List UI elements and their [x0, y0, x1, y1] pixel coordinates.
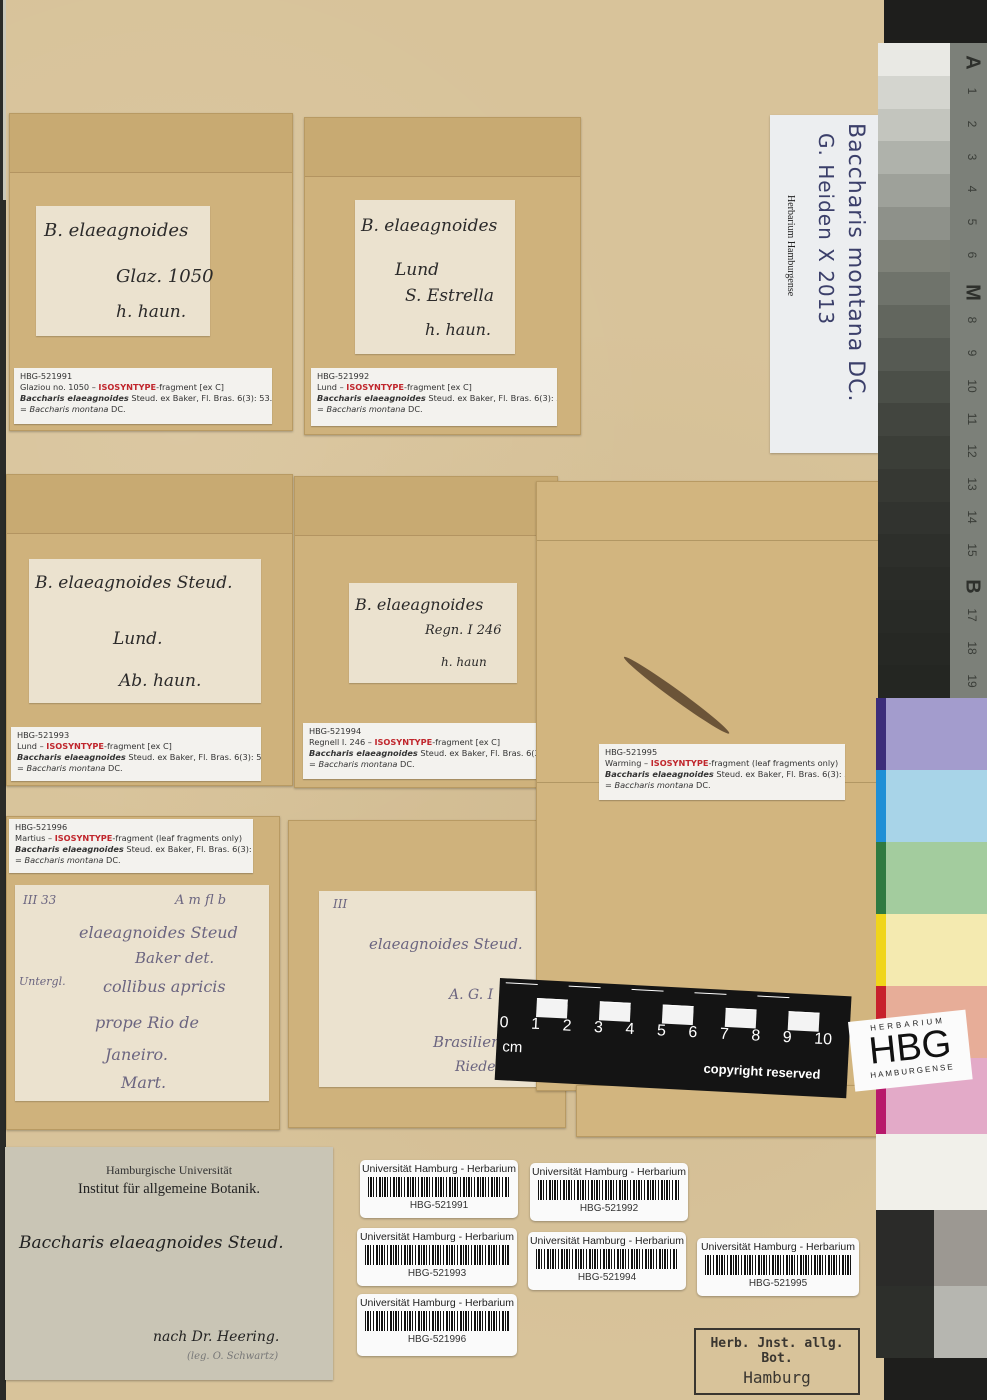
- handwritten-line: h. haun: [441, 655, 487, 669]
- barcode-label-521994[interactable]: Universität Hamburg - Herbarium HBG-5219…: [528, 1232, 686, 1290]
- handwritten-line: S. Estrella: [405, 286, 494, 306]
- stamp-line-1: Herb. Jnst. allg. Bot.: [696, 1336, 858, 1366]
- scale-unit: cm: [502, 1038, 523, 1056]
- type-status-line: Lund – ISOSYNTYPE-fragment [ex C]: [317, 382, 551, 393]
- taxon-name: Baccharis elaeagnoides: [605, 769, 714, 779]
- collector: Glaziou no. 1050 –: [20, 382, 98, 392]
- collector: Lund –: [17, 741, 46, 751]
- specimen-packet-521994[interactable]: B. elaeagnoides Regn. I 246 h. haun HBG-…: [294, 476, 558, 788]
- synonym-line: = Baccharis montana DC.: [309, 759, 535, 770]
- gray-patch: [878, 240, 950, 273]
- catalog-number: HBG-521994: [309, 726, 535, 737]
- ruler-segment: [568, 986, 600, 1007]
- institute-name: Institut für allgemeine Botanik.: [5, 1181, 333, 1198]
- ruler-segment: [631, 989, 663, 1010]
- handwritten-line: Regn. I 246: [425, 623, 502, 638]
- handwritten-line: B. elaeagnoides Steud.: [35, 573, 232, 593]
- packet-flap: [10, 114, 292, 173]
- barcode-header: Universität Hamburg - Herbarium: [697, 1241, 859, 1253]
- type-label: HBG-521992 Lund – ISOSYNTYPE-fragment [e…: [311, 368, 557, 426]
- gray-patch-label: A: [961, 51, 984, 75]
- handwritten-line: A. G. I: [449, 987, 493, 1003]
- gray-patch-label: 17: [965, 603, 979, 627]
- synonym-author: DC.: [105, 763, 122, 773]
- gray-patch: [878, 109, 950, 142]
- barcode-header: Universität Hamburg - Herbarium: [360, 1163, 518, 1175]
- type-status: ISOSYNTYPE: [346, 382, 404, 392]
- handwritten-line: elaeagnoides Steud: [79, 923, 238, 942]
- pencil-note: (leg. O. Schwartz): [187, 1351, 278, 1362]
- handwritten-line: Glaz. 1050: [116, 266, 214, 287]
- packet-fold: [537, 540, 925, 541]
- gray-patch: [878, 338, 950, 371]
- handwritten-line: Riedel: [455, 1059, 500, 1075]
- ruler-tick-label: 8: [751, 1027, 761, 1045]
- barcode-bars: [368, 1177, 510, 1197]
- barcode-bars: [365, 1245, 509, 1265]
- barcode-label-521996[interactable]: Universität Hamburg - Herbarium HBG-5219…: [357, 1294, 517, 1356]
- catalog-number: HBG-521992: [317, 371, 551, 382]
- gray-patch-label: 3: [965, 145, 979, 169]
- gray-patch: [878, 665, 950, 698]
- barcode-label-521991[interactable]: Universität Hamburg - Herbarium HBG-5219…: [360, 1160, 518, 1218]
- barcode-label-521995[interactable]: Universität Hamburg - Herbarium HBG-5219…: [697, 1238, 859, 1296]
- handwritten-line: B. elaeagnoides: [44, 220, 188, 241]
- hbg-logo: HERBARIUM HBG HAMBURGENSE: [848, 1010, 973, 1092]
- specimen-packet-521991[interactable]: B. elaeagnoides Glaz. 1050 h. haun. HBG-…: [9, 113, 293, 431]
- ruler-tick-label: 5: [656, 1022, 666, 1040]
- gray-patch-label: 9: [965, 341, 979, 365]
- gray-patch: [878, 371, 950, 404]
- name-line: Baccharis elaeagnoides Steud. ex Baker, …: [309, 748, 535, 759]
- name-line: Baccharis elaeagnoides Steud. ex Baker, …: [15, 844, 247, 855]
- packet-flap: [7, 475, 292, 534]
- color-fill: [934, 1210, 987, 1286]
- color-band: [876, 914, 886, 986]
- taxon-name: Baccharis elaeagnoides: [317, 393, 426, 403]
- gray-patch-label: 12: [965, 439, 979, 463]
- gray-patch-label: M: [961, 280, 984, 304]
- synonym-line: = Baccharis montana DC.: [15, 855, 247, 866]
- ruler-tick-label: 10: [814, 1031, 833, 1050]
- color-fill: [886, 914, 987, 986]
- handwritten-line: B. elaeagnoides: [355, 595, 483, 614]
- type-status: ISOSYNTYPE: [98, 382, 156, 392]
- specimen-packet-521992[interactable]: B. elaeagnoides Lund S. Estrella h. haun…: [304, 117, 581, 435]
- det-determiner: G. Heiden X 2013: [814, 133, 838, 325]
- ruler-tick-label: 6: [688, 1024, 698, 1042]
- color-patch-blue-violet: [876, 698, 987, 770]
- type-suffix: -fragment (leaf fragments only): [708, 758, 838, 768]
- gray-patch-label: 14: [965, 505, 979, 529]
- determination-slip: Baccharis montana DC. G. Heiden X 2013 H…: [770, 115, 878, 453]
- citation: Steud. ex Baker, Fl. Bras. 6(3): 53. 188…: [124, 844, 253, 854]
- gray-patch: [878, 633, 950, 666]
- barcode-bars: [705, 1255, 851, 1275]
- handwritten-label: B. elaeagnoides Regn. I 246 h. haun: [349, 583, 517, 683]
- gray-patch-label: 18: [965, 636, 979, 660]
- ruler-segment: [505, 982, 537, 1003]
- specimen-packet-521996[interactable]: HBG-521996 Martius – ISOSYNTYPE-fragment…: [6, 816, 280, 1130]
- gray-patch: [878, 600, 950, 633]
- catalog-number: HBG-521996: [15, 822, 247, 833]
- type-status-line: Martius – ISOSYNTYPE-fragment (leaf frag…: [15, 833, 247, 844]
- gray-patch: [878, 76, 950, 109]
- gray-patch: [878, 174, 950, 207]
- barcode-bars: [365, 1311, 509, 1331]
- gray-patch: [878, 305, 950, 338]
- color-fill: [934, 1286, 987, 1358]
- gray-patch-label: 19: [965, 669, 979, 693]
- barcode-header: Universität Hamburg - Herbarium: [357, 1231, 517, 1243]
- handwritten-line: Untergl.: [19, 975, 66, 988]
- type-suffix: -fragment [ex C]: [104, 741, 172, 751]
- institute-label: Hamburgische Universität Institut für al…: [5, 1147, 333, 1380]
- color-band: [876, 698, 886, 770]
- type-suffix: -fragment [ex C]: [156, 382, 224, 392]
- citation: Steud. ex Baker, Fl. Bras. 6(3): 53. 188…: [714, 769, 845, 779]
- color-patch-green: [876, 842, 987, 914]
- color-patch-black-gray-2: [876, 1286, 987, 1358]
- gray-patch: [878, 141, 950, 174]
- gray-patch-label: 1: [965, 79, 979, 103]
- name-line: Baccharis elaeagnoides Steud. ex Baker, …: [317, 393, 551, 404]
- institute-stamp: Herb. Jnst. allg. Bot. Hamburg: [694, 1328, 860, 1395]
- synonym-name: Baccharis montana: [326, 404, 405, 414]
- color-calibration-chart: [876, 698, 987, 1218]
- barcode-header: Universität Hamburg - Herbarium: [357, 1297, 517, 1309]
- handwritten-line: Lund: [395, 260, 439, 280]
- type-status-line: Glaziou no. 1050 – ISOSYNTYPE-fragment […: [20, 382, 266, 393]
- name-line: Baccharis elaeagnoides Steud. ex Baker, …: [17, 752, 255, 763]
- citation: Steud. ex Baker, Fl. Bras. 6(3): 53. 188: [418, 748, 541, 758]
- synonym-name: Baccharis montana: [26, 763, 105, 773]
- color-band: [876, 770, 886, 842]
- barcode-bars: [536, 1249, 678, 1269]
- color-patch-black-gray-1: [876, 1210, 987, 1286]
- handwritten-line: Lund.: [113, 629, 162, 649]
- name-line: Baccharis elaeagnoides Steud. ex Baker, …: [20, 393, 266, 404]
- catalog-number: HBG-521991: [20, 371, 266, 382]
- barcode-number: HBG-521994: [528, 1272, 686, 1283]
- color-fill: [886, 1134, 987, 1210]
- synonym-name: Baccharis montana: [29, 404, 108, 414]
- color-band: [876, 1134, 886, 1210]
- color-fill: [886, 698, 987, 770]
- stamp-line-2: Hamburg: [696, 1368, 858, 1387]
- type-status-line: Warming – ISOSYNTYPE-fragment (leaf frag…: [605, 758, 839, 769]
- synonym-line: = Baccharis montana DC.: [17, 763, 255, 774]
- ruler-tick-label: 2: [562, 1017, 572, 1035]
- handwritten-line: elaeagnoides Steud.: [369, 935, 523, 953]
- barcode-header: Universität Hamburg - Herbarium: [530, 1166, 688, 1178]
- color-band: [876, 1210, 934, 1286]
- color-fill: [886, 770, 987, 842]
- ruler-tick-label: 0: [499, 1014, 509, 1032]
- synonym-author: DC.: [397, 759, 414, 769]
- barcode-number: HBG-521992: [530, 1203, 688, 1214]
- gray-patch-label: B: [961, 575, 984, 599]
- collector: Lund –: [317, 382, 346, 392]
- barcode-number: HBG-521993: [357, 1268, 517, 1279]
- specimen-packet-riedel[interactable]: III elaeagnoides Steud. A. G. I Brasilie…: [288, 820, 566, 1128]
- packet-flap: [295, 477, 557, 536]
- ruler-tick-label: 9: [782, 1029, 792, 1047]
- type-suffix: -fragment [ex C]: [432, 737, 500, 747]
- synonym-author: DC.: [108, 404, 125, 414]
- type-label: HBG-521994 Regnell I. 246 – ISOSYNTYPE-f…: [303, 723, 541, 779]
- catalog-number: HBG-521993: [17, 730, 255, 741]
- ruler-tick-label: 1: [531, 1016, 541, 1034]
- gray-patch: [878, 502, 950, 535]
- citation: Steud. ex Baker, Fl. Bras. 6(3): 53. 188…: [426, 393, 557, 403]
- specimen-packet-521993[interactable]: B. elaeagnoides Steud. Lund. Ab. haun. H…: [6, 474, 293, 786]
- type-suffix: -fragment [ex C]: [404, 382, 472, 392]
- gray-patch-label: 6: [965, 243, 979, 267]
- gray-patch: [878, 469, 950, 502]
- handwritten-line: h. haun.: [116, 302, 186, 322]
- gray-patch-label: 8: [965, 308, 979, 332]
- gray-patch-label: 2: [965, 112, 979, 136]
- type-status: ISOSYNTYPE: [46, 741, 104, 751]
- gray-patch: [878, 43, 950, 76]
- color-patch-white: [876, 1134, 987, 1210]
- barcode-header: Universität Hamburg - Herbarium: [528, 1235, 686, 1247]
- gray-patch-label: 5: [965, 210, 979, 234]
- type-suffix: -fragment (leaf fragments only): [112, 833, 242, 843]
- ruler-tick-label: 4: [625, 1021, 635, 1039]
- handwritten-label: III 33 A m fl b elaeagnoides Steud Baker…: [15, 885, 269, 1101]
- name-line: Baccharis elaeagnoides Steud. ex Baker, …: [605, 769, 839, 780]
- barcode-label-521993[interactable]: Universität Hamburg - Herbarium HBG-5219…: [357, 1228, 517, 1286]
- synonym-name: Baccharis montana: [24, 855, 103, 865]
- color-band: [876, 1286, 934, 1358]
- type-label: HBG-521995 Warming – ISOSYNTYPE-fragment…: [599, 744, 845, 800]
- handwritten-line: III 33: [23, 893, 56, 907]
- synonym-author: DC.: [103, 855, 120, 865]
- gray-patch: [878, 567, 950, 600]
- synonym-author: DC.: [693, 780, 710, 790]
- gray-patch: [878, 403, 950, 436]
- color-patch-yellow: [876, 914, 987, 986]
- copyright-notice: copyright reserved: [703, 1061, 821, 1082]
- gray-patch: [878, 272, 950, 305]
- ruler-tick-label: 3: [594, 1019, 604, 1037]
- handwritten-line: Ab. haun.: [119, 671, 201, 691]
- institute-university: Hamburgische Universität: [5, 1163, 333, 1178]
- ruler-segment: [756, 995, 788, 1016]
- ruler-segment: [694, 992, 726, 1013]
- color-patch-cyan: [876, 770, 987, 842]
- taxon-name: Baccharis elaeagnoides: [20, 393, 129, 403]
- gray-patch-label: 11: [965, 407, 979, 431]
- synonym-name: Baccharis montana: [614, 780, 693, 790]
- handwritten-line: collibus apricis: [103, 977, 226, 996]
- catalog-number: HBG-521995: [605, 747, 839, 758]
- ruler-tick-label: 7: [719, 1026, 729, 1044]
- gray-scale-chart: A123456M89101112131415B171819: [878, 43, 987, 698]
- handwritten-line: B. elaeagnoides: [361, 216, 497, 236]
- type-label: HBG-521996 Martius – ISOSYNTYPE-fragment…: [9, 819, 253, 873]
- barcode-label-521992[interactable]: Universität Hamburg - Herbarium HBG-5219…: [530, 1163, 688, 1221]
- gray-patch: [878, 436, 950, 469]
- taxon-name: Baccharis elaeagnoides: [17, 752, 126, 762]
- barcode-number: HBG-521995: [697, 1278, 859, 1289]
- color-band: [876, 842, 886, 914]
- taxon-name: Baccharis elaeagnoides: [309, 748, 418, 758]
- type-status: ISOSYNTYPE: [55, 833, 113, 843]
- synonym-line: = Baccharis montana DC.: [20, 404, 266, 415]
- synonym-line: = Baccharis montana DC.: [605, 780, 839, 791]
- type-status: ISOSYNTYPE: [651, 758, 709, 768]
- synonym-author: DC.: [405, 404, 422, 414]
- citation: Steud. ex Baker, Fl. Bras. 6(3): 53. 188…: [126, 752, 261, 762]
- gray-patch-label: 4: [965, 177, 979, 201]
- det-taxon: Baccharis montana DC.: [843, 123, 868, 402]
- gray-patch: [878, 207, 950, 240]
- handwritten-line: prope Rio de: [95, 1013, 199, 1032]
- handwritten-line: Baker det.: [135, 949, 214, 967]
- type-status: ISOSYNTYPE: [374, 737, 432, 747]
- collector: Regnell I. 246 –: [309, 737, 374, 747]
- gray-patch: [878, 534, 950, 567]
- scale-bar: cm copyright reserved 012345678910: [495, 978, 852, 1098]
- citation: Steud. ex Baker, Fl. Bras. 6(3): 53. 188…: [129, 393, 272, 403]
- color-fill: [886, 842, 987, 914]
- handwritten-line: III: [333, 897, 347, 911]
- det-institution: Herbarium Hamburgense: [785, 195, 796, 296]
- packet-flap: [305, 118, 580, 177]
- handwritten-note: nach Dr. Heering.: [153, 1329, 279, 1345]
- barcode-number: HBG-521996: [357, 1334, 517, 1345]
- handwritten-line: A m fl b: [175, 893, 226, 908]
- handwritten-line: h. haun.: [425, 320, 491, 339]
- handwritten-line: Mart.: [121, 1073, 166, 1092]
- collector: Warming –: [605, 758, 651, 768]
- handwritten-label: B. elaeagnoides Glaz. 1050 h. haun.: [36, 206, 210, 336]
- barcode-bars: [538, 1180, 680, 1200]
- type-status-line: Regnell I. 246 – ISOSYNTYPE-fragment [ex…: [309, 737, 535, 748]
- gray-patch-label: 15: [965, 538, 979, 562]
- synonym-line: = Baccharis montana DC.: [317, 404, 551, 415]
- type-status-line: Lund – ISOSYNTYPE-fragment [ex C]: [17, 741, 255, 752]
- gray-patch-label: 10: [965, 374, 979, 398]
- taxon-name: Baccharis elaeagnoides: [15, 844, 124, 854]
- handwritten-taxon: Baccharis elaeagnoides Steud.: [19, 1233, 284, 1253]
- gray-patch-label: 13: [965, 472, 979, 496]
- handwritten-line: Janeiro.: [105, 1045, 168, 1064]
- barcode-number: HBG-521991: [360, 1200, 518, 1211]
- handwritten-label: B. elaeagnoides Steud. Lund. Ab. haun.: [29, 559, 261, 703]
- synonym-name: Baccharis montana: [318, 759, 397, 769]
- collector: Martius –: [15, 833, 55, 843]
- type-label: HBG-521991 Glaziou no. 1050 – ISOSYNTYPE…: [14, 368, 272, 424]
- handwritten-line: Brasilien: [433, 1033, 501, 1051]
- handwritten-label: B. elaeagnoides Lund S. Estrella h. haun…: [355, 200, 515, 354]
- type-label: HBG-521993 Lund – ISOSYNTYPE-fragment [e…: [11, 727, 261, 781]
